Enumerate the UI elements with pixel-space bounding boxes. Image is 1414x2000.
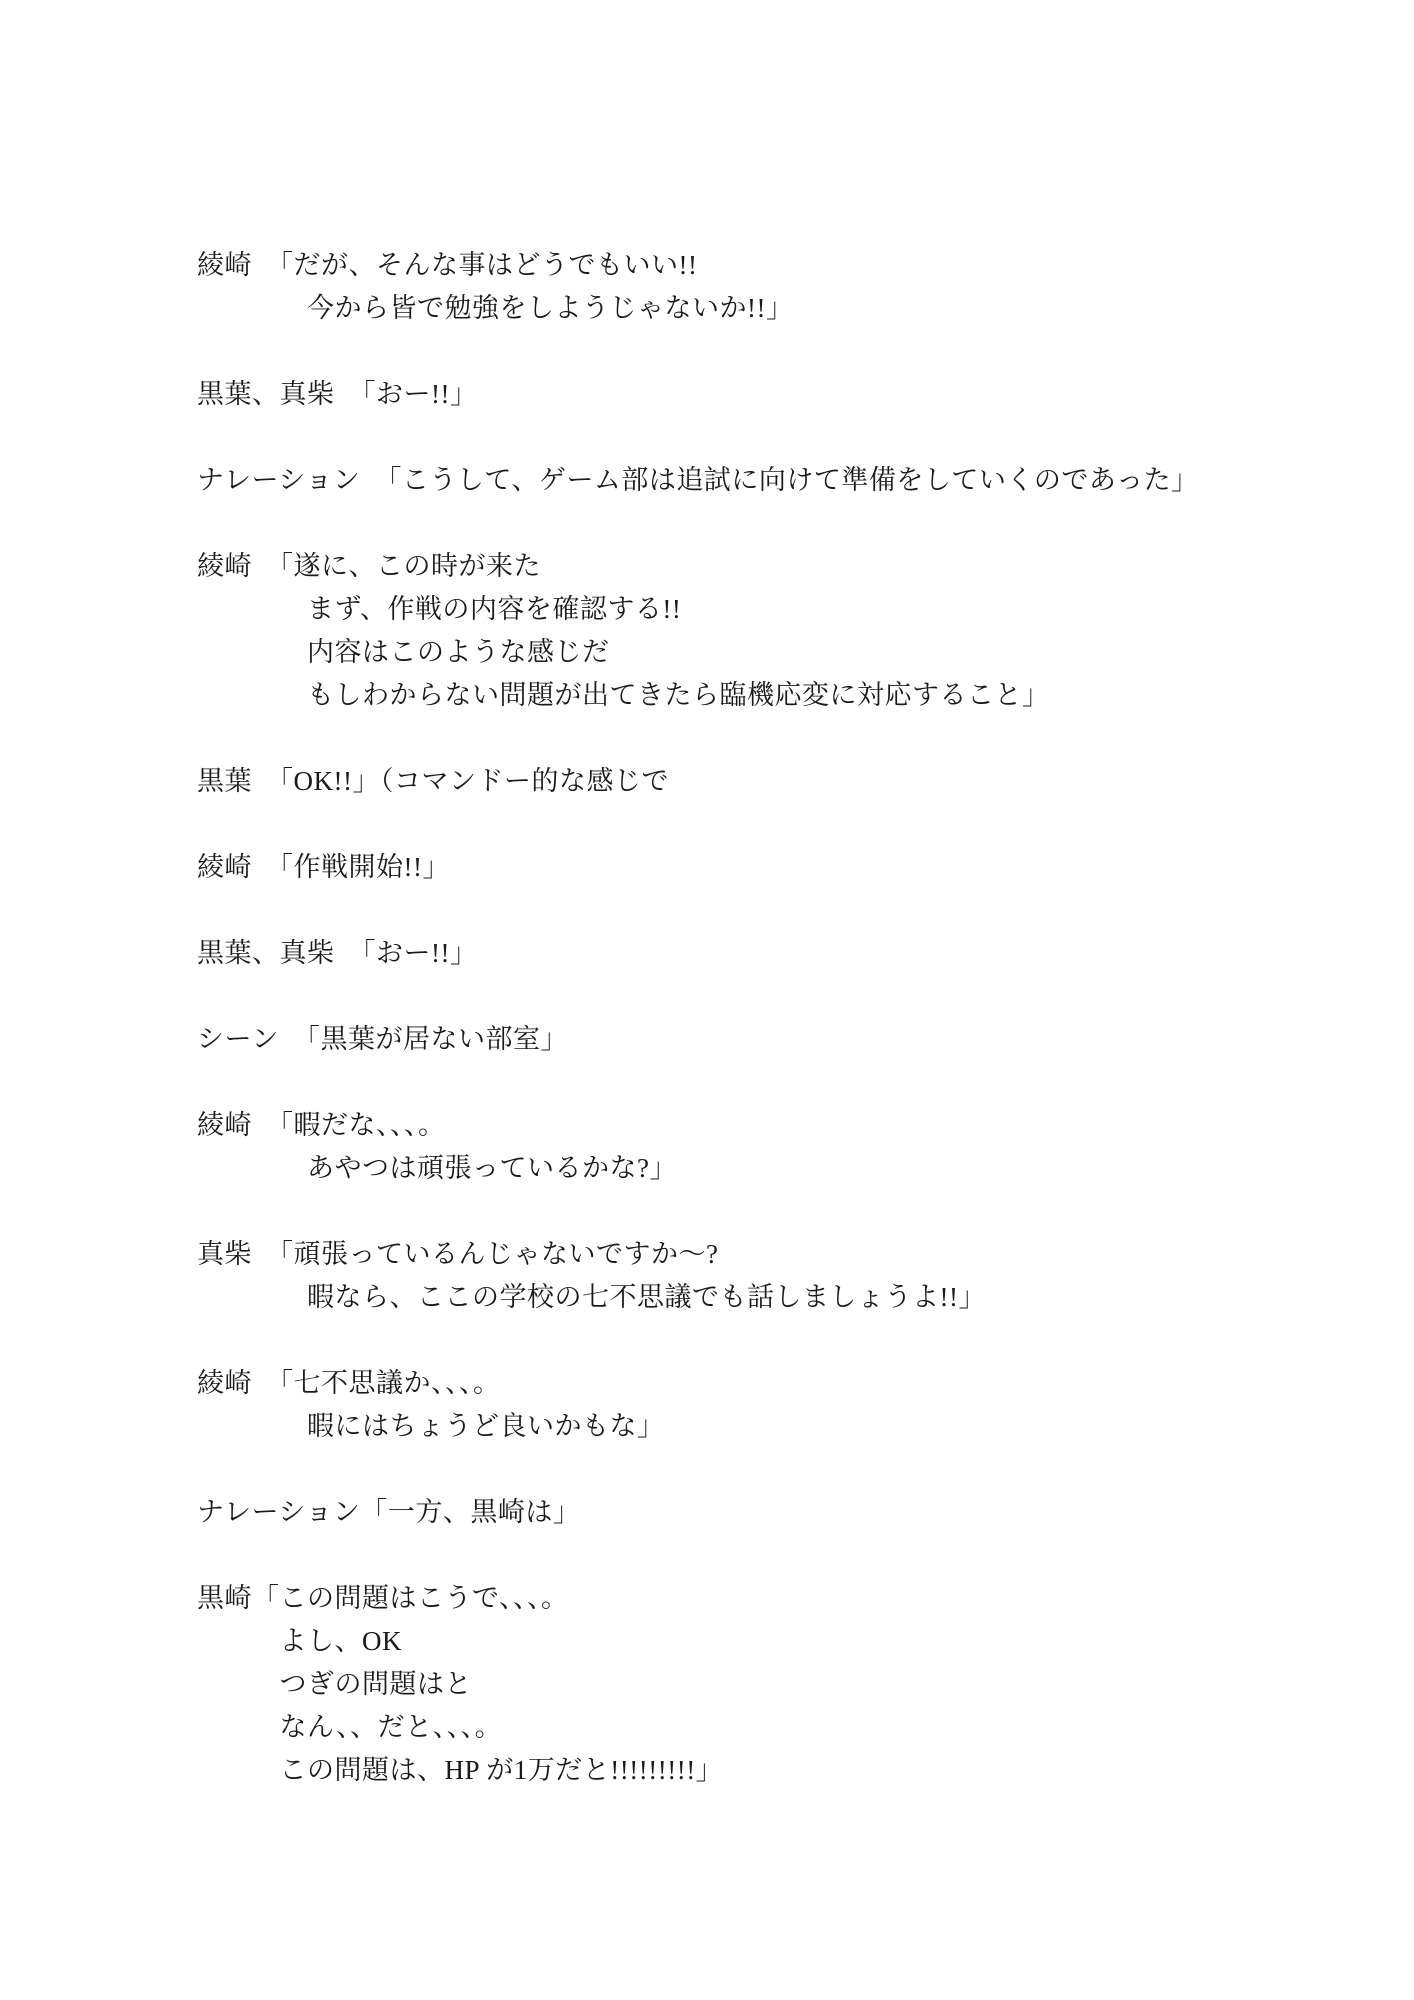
script-line: 内容はこのような感じだ — [197, 631, 1364, 674]
script-line: まず、作戦の内容を確認する!! — [197, 588, 1364, 631]
script-line: 綾崎 「暇だな、、、。 — [197, 1104, 1364, 1147]
script-document-page: 綾崎 「だが、そんな事はどうでもいい!! 今から皆で勉強をしようじゃないか!!」… — [0, 0, 1414, 2000]
script-line: なん、、だと、、、。 — [197, 1706, 1364, 1749]
script-line: つぎの問題はと — [197, 1663, 1364, 1706]
dialogue-block-kuroha-1: 黒葉 「OK!!」（コマンドー的な感じで — [197, 760, 1364, 803]
script-line: 黒崎「この問題はこうで、、、。 — [197, 1577, 1364, 1620]
narration-block-1: ナレーション 「こうして、ゲーム部は追試に向けて準備をしていくのであった」 — [197, 459, 1364, 502]
dialogue-block-ayazaki-5: 綾崎 「七不思議か、、、。 暇にはちょうど良いかもな」 — [197, 1362, 1364, 1448]
script-line: あやつは頑張っているかな?」 — [197, 1147, 1364, 1190]
script-line: 綾崎 「だが、そんな事はどうでもいい!! — [197, 244, 1364, 287]
script-line: 今から皆で勉強をしようじゃないか!!」 — [197, 287, 1364, 330]
script-line: 黒葉、真柴 「おー!!」 — [197, 932, 1364, 975]
script-line: シーン 「黒葉が居ない部室」 — [197, 1018, 1364, 1061]
script-line: もしわからない問題が出てきたら臨機応変に対応すること」 — [197, 674, 1364, 717]
dialogue-block-ayazaki-2: 綾崎 「遂に、この時が来た まず、作戦の内容を確認する!! 内容はこのような感じ… — [197, 545, 1364, 717]
script-line: よし、OK — [197, 1620, 1364, 1663]
script-line: ナレーション「一方、黒崎は」 — [197, 1491, 1364, 1534]
dialogue-block-kurosaki-1: 黒崎「この問題はこうで、、、。 よし、OK つぎの問題はと なん、、だと、、、。… — [197, 1577, 1364, 1792]
script-line: 綾崎 「七不思議か、、、。 — [197, 1362, 1364, 1405]
script-line: 黒葉 「OK!!」（コマンドー的な感じで — [197, 760, 1364, 803]
script-line: 黒葉、真柴 「おー!!」 — [197, 373, 1364, 416]
dialogue-block-ayazaki-3: 綾崎 「作戦開始!!」 — [197, 846, 1364, 889]
dialogue-block-kuroha-mashiba-1: 黒葉、真柴 「おー!!」 — [197, 373, 1364, 416]
script-line: 真柴 「頑張っているんじゃないですか～? — [197, 1233, 1364, 1276]
dialogue-block-mashiba-1: 真柴 「頑張っているんじゃないですか～? 暇なら、ここの学校の七不思議でも話しま… — [197, 1233, 1364, 1319]
narration-block-2: ナレーション「一方、黒崎は」 — [197, 1491, 1364, 1534]
script-line: この問題は、HP が1万だと!!!!!!!!!」 — [197, 1749, 1364, 1792]
script-line: 綾崎 「作戦開始!!」 — [197, 846, 1364, 889]
script-line: 綾崎 「遂に、この時が来た — [197, 545, 1364, 588]
dialogue-block-kuroha-mashiba-2: 黒葉、真柴 「おー!!」 — [197, 932, 1364, 975]
dialogue-block-ayazaki-4: 綾崎 「暇だな、、、。 あやつは頑張っているかな?」 — [197, 1104, 1364, 1190]
script-line: ナレーション 「こうして、ゲーム部は追試に向けて準備をしていくのであった」 — [197, 459, 1364, 502]
scene-heading-block: シーン 「黒葉が居ない部室」 — [197, 1018, 1364, 1061]
script-line: 暇にはちょうど良いかもな」 — [197, 1405, 1364, 1448]
dialogue-block-ayazaki-1: 綾崎 「だが、そんな事はどうでもいい!! 今から皆で勉強をしようじゃないか!!」 — [197, 244, 1364, 330]
script-line: 暇なら、ここの学校の七不思議でも話しましょうよ!!」 — [197, 1276, 1364, 1319]
